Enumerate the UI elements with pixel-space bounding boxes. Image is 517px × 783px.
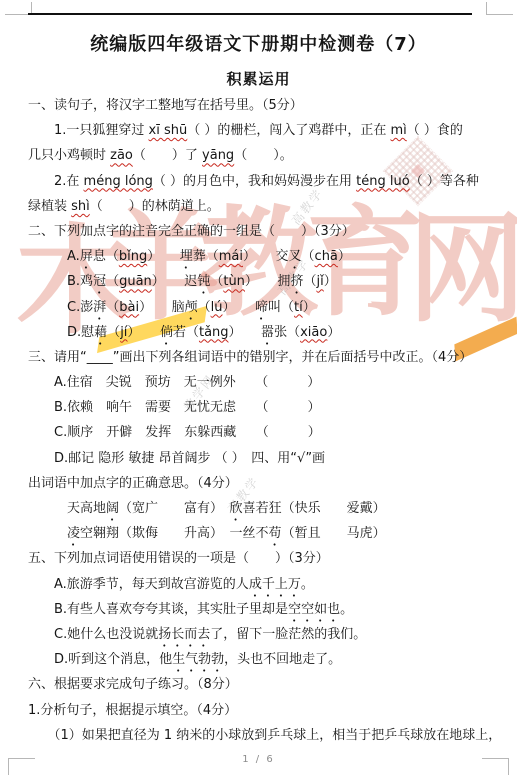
text-run: ） 迟 (152, 274, 198, 289)
pinyin-run: bài (119, 300, 139, 315)
emphasized-run: 成千上万 (249, 577, 301, 592)
emphasized-run: 阔 (106, 501, 119, 516)
text-run: 二、下列加点字的注音完全正确的一组是（ ）（3分） (28, 224, 355, 239)
text-run: （宽广 富有） (119, 501, 230, 516)
text-run: ） 交 (243, 249, 289, 264)
text-line: D.听到这个消息，他生气勃勃，头也不回地走了。 (28, 647, 490, 672)
text-run: 息（ (93, 249, 119, 264)
pinyin-run: xī shū (149, 123, 188, 138)
pinyin-run: shì (71, 199, 90, 214)
text-run: ） 脑 (139, 300, 185, 315)
text-run: 。 (340, 602, 353, 617)
pinyin-run: mì (391, 123, 407, 138)
text-run: （1）如果把直径为 1 纳米的小球放到乒乓球上，相当于把乒乓球放在地球上， (28, 728, 501, 743)
text-line: C.顺序 开僻 发挥 东躲西藏 （ ） (28, 420, 490, 445)
emphasized-run: 空空如也 (288, 602, 340, 617)
emphasized-run: 埋 (180, 249, 193, 264)
pinyin-run: yāng (202, 148, 234, 163)
text-run: A.旅游季节，每天到故宫游览的人 (28, 577, 249, 592)
text-run: （ (107, 325, 120, 340)
emphasized-run: 藉 (94, 325, 107, 340)
pinyin-run: jǐ (316, 274, 323, 289)
header-rule (28, 13, 472, 15)
text-run: （ ）的林荫道上。 (90, 199, 220, 214)
text-run: ） (229, 325, 262, 340)
emphasized-run: 屏 (80, 249, 93, 264)
text-run: （ ）食的 (407, 123, 463, 138)
text-line: 几只小鸡顿时 zāo（ ）了 yāng（ ）。 (28, 143, 490, 168)
text-run: ） (324, 274, 337, 289)
text-line: 三、请用“____”画出下列各组词语中的错别字，并在后面括号中改正。（4分） (28, 345, 490, 370)
text-run: 叫（ (268, 300, 294, 315)
text-line: D.邮记 隐形 敏捷 昂首阔步 （ ） 四、用“√”画 (28, 446, 490, 471)
emphasized-run: 挤 (290, 274, 303, 289)
pinyin-run: bǐng (119, 249, 147, 264)
text-run: 天高地 (28, 501, 106, 516)
text-line: 二、下列加点字的注音完全正确的一组是（ ）（3分） (28, 219, 490, 244)
text-run: 五、下列加点词语使用错误的一项是（ ）（3分） (28, 551, 329, 566)
text-run: 葬（ (193, 249, 219, 264)
text-line: 天高地阔（宽广 富有） 欣喜若狂（快乐 爱戴） (28, 496, 490, 521)
text-line: A.屏息（bǐng） 埋葬（mái） 交叉（chā） (28, 244, 490, 269)
text-run: A.住宿 尖锐 预坊 无一例外 （ ） (28, 375, 320, 390)
text-run: ） (223, 300, 256, 315)
page-footer: 1 / 6 (0, 754, 517, 765)
text-run: ） (147, 249, 180, 264)
text-run: B.有些人喜欢夸夸其谈，其实肚子里却是 (28, 602, 288, 617)
text-run: ，头也不回地走了。 (224, 652, 341, 667)
text-run: D.慰 (28, 325, 94, 340)
text-line: D.慰藉（jí） 倘若（tǎng） 嚣张（xiāo） (28, 320, 490, 345)
margin-corner-mark-top-right (486, 2, 513, 15)
emphasized-run: 叉 (289, 249, 302, 264)
emphasized-run: 嚣 (261, 325, 274, 340)
text-run: 一、读句子，将汉字工整地写在括号里。（5分） (28, 98, 303, 113)
text-run: 2.在 (28, 174, 84, 189)
doc-subtitle: 积累运用 (0, 68, 517, 89)
pinyin-run: mái (219, 249, 243, 264)
text-run: 出词语中加点字的正确意思。（4分） (28, 476, 238, 491)
text-line: 凌空翱翔（欺侮 升高） 一丝不苟（暂且 马虎） (28, 521, 490, 546)
text-run: 六、根据要求完成句子练习。（8分） (28, 677, 238, 692)
exam-paper-page: 木 羊 教 育 网 高教学 教学网 高教学 高教学 统编版四年级语文下册期中检测… (0, 0, 517, 783)
text-line: B.鸡冠（guān） 迟钝（tùn） 拥挤（jǐ） (28, 269, 490, 294)
text-line: C.她什么也没说就扬长而去了，留下一脸茫然的我们。 (28, 622, 490, 647)
pinyin-run: tǎng (199, 325, 229, 340)
emphasized-run: 钝 (197, 274, 210, 289)
text-run: （ ）等各种 (410, 174, 479, 189)
text-run: （ ）的栅栏，闯入了鸡群中，正在 (187, 123, 390, 138)
text-run: （ (302, 249, 315, 264)
text-run: 三、请用“____”画出下列各组词语中的错别字，并在后面括号中改正。（4分） (28, 350, 472, 365)
text-run: （ (198, 300, 211, 315)
text-line: A.住宿 尖锐 预坊 无一例外 （ ） (28, 370, 490, 395)
text-line: C.澎湃（bài） 脑颅（lú） 啼叫（tí） (28, 295, 490, 320)
text-run: （ (303, 274, 316, 289)
doc-title: 统编版四年级语文下册期中检测卷（7） (0, 30, 517, 56)
pinyin-run: méng lóng (84, 174, 153, 189)
text-run: ） (303, 300, 316, 315)
pinyin-run: xiāo (300, 325, 327, 340)
text-run: （ (210, 274, 223, 289)
text-run: 了，留下一脸茫然的我们。 (210, 627, 366, 642)
text-run: 。 (301, 577, 314, 592)
text-run: ） 拥 (245, 274, 291, 289)
emphasized-run: 生气勃勃 (172, 652, 224, 667)
emphasized-run: 湃 (93, 300, 106, 315)
emphasized-run: 苟 (269, 526, 282, 541)
emphasized-run: 倘 (160, 325, 173, 340)
text-run: D.邮记 隐形 敏捷 昂首阔步 （ ） 四、用“√”画 (28, 451, 325, 466)
text-line: 2.在 méng lóng（ ）的月色中，我和妈妈漫步在用 téng luó（ … (28, 169, 490, 194)
text-line: 绿植装 shì（ ）的林荫道上。 (28, 194, 490, 219)
emphasized-run: 颅 (185, 300, 198, 315)
text-run: 几只小鸡顿时 (28, 148, 110, 163)
text-line: 1.分析句子，根据提示填空。（4分） (28, 698, 490, 723)
text-run: A. (28, 249, 80, 264)
text-line: B.依赖 响午 需要 无忧无虑 （ ） (28, 395, 490, 420)
text-run: （ ）的月色中，我和妈妈漫步在用 (153, 174, 356, 189)
text-run: B.鸡 (28, 274, 93, 289)
text-run: ） (338, 249, 351, 264)
text-line: （1）如果把直径为 1 纳米的小球放到乒乓球上，相当于把乒乓球放在地球上， (28, 723, 490, 748)
text-run: 若（ (173, 325, 199, 340)
text-line: B.有些人喜欢夸夸其谈，其实肚子里却是空空如也。 (28, 597, 490, 622)
emphasized-run: 凌 (67, 526, 80, 541)
text-run: C.她什么也没说就 (28, 627, 158, 642)
text-run: 空翱翔（欺侮 升高） 一丝不 (80, 526, 269, 541)
pinyin-run: guān (119, 274, 152, 289)
text-line: 出词语中加点字的正确意思。（4分） (28, 471, 490, 496)
text-run: C.顺序 开僻 发挥 东躲西藏 （ ） (28, 425, 321, 440)
text-line: A.旅游季节，每天到故宫游览的人成千上万。 (28, 572, 490, 597)
emphasized-run: 扬长而去 (158, 627, 210, 642)
text-run: 喜若狂（快乐 爱戴） (243, 501, 386, 516)
text-run: （暂且 马虎） (282, 526, 386, 541)
text-run: 绿植装 (28, 199, 71, 214)
text-run: （ ）了 (133, 148, 202, 163)
emphasized-run: 啼 (255, 300, 268, 315)
text-run: D.听到这个消息，他 (28, 652, 172, 667)
pinyin-run: tùn (223, 274, 245, 289)
text-run: ） (127, 325, 160, 340)
text-run: （ (106, 300, 119, 315)
pinyin-run: zāo (110, 148, 133, 163)
text-run: 1.一只狐狸穿过 (28, 123, 149, 138)
text-line: 一、读句子，将汉字工整地写在括号里。（5分） (28, 93, 490, 118)
text-run (28, 526, 67, 541)
doc-lines: 一、读句子，将汉字工整地写在括号里。（5分） 1.一只狐狸穿过 xī shū（ … (28, 93, 490, 748)
text-run: B.依赖 响午 需要 无忧无虑 （ ） (28, 400, 321, 415)
pinyin-run: chā (315, 249, 338, 264)
pinyin-run: téng luó (356, 174, 410, 189)
text-run: 1.分析句子，根据提示填空。（4分） (28, 703, 237, 718)
text-run: （ (106, 274, 119, 289)
text-run: C.澎 (28, 300, 93, 315)
pinyin-run: tí (294, 300, 303, 315)
emphasized-run: 欣 (230, 501, 243, 516)
text-line: 1.一只狐狸穿过 xī shū（ ）的栅栏，闯入了鸡群中，正在 mì（ ）食的 (28, 118, 490, 143)
text-run: （ ）。 (234, 148, 293, 163)
emphasized-run: 冠 (93, 274, 106, 289)
pinyin-run: lú (211, 300, 223, 315)
text-run: ） (327, 325, 340, 340)
text-line: 五、下列加点词语使用错误的一项是（ ）（3分） (28, 546, 490, 571)
text-run: 张（ (274, 325, 300, 340)
text-line: 六、根据要求完成句子练习。（8分） (28, 672, 490, 697)
